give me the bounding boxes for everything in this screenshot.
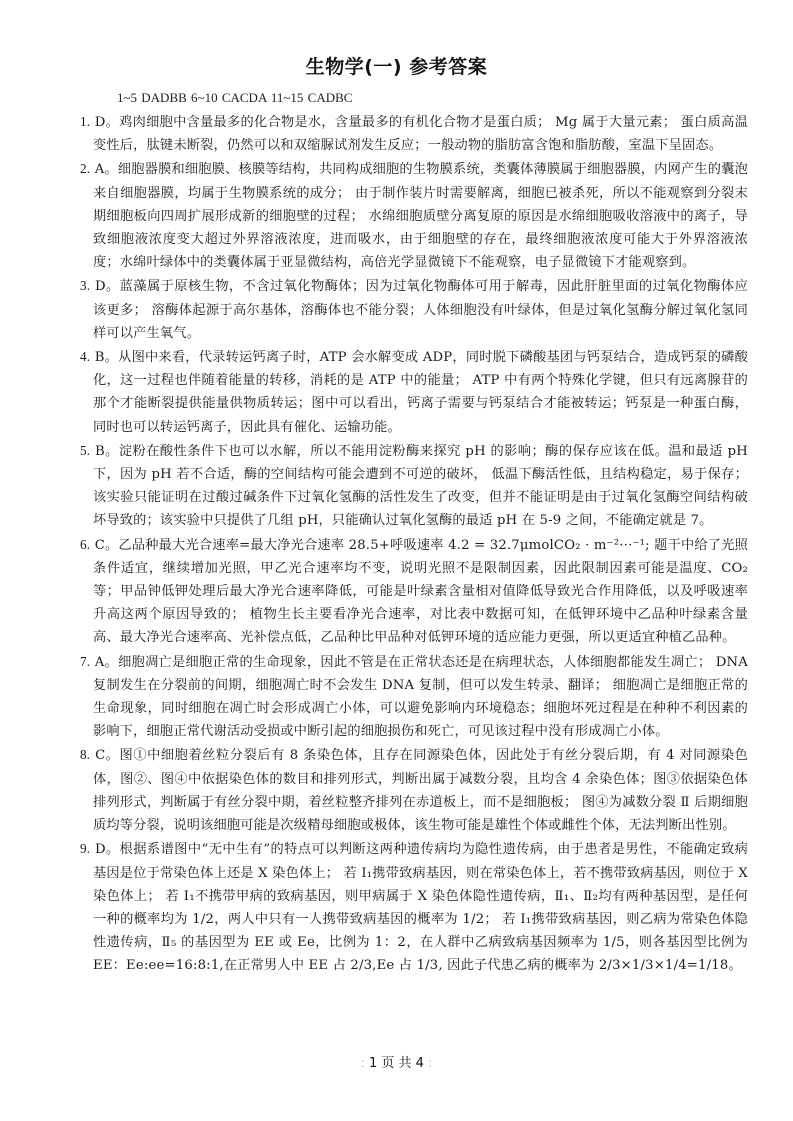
page-title: 生物学(一) 参考答案 — [0, 52, 793, 79]
answer-item-1: 1. D。鸡肉细胞中含量最多的化合物是水，含量最多的有机化合物才是蛋白质； Mg… — [80, 110, 748, 157]
item-text: C。图①中细胞着丝粒分裂后有 8 条染色体，且存在同源染色体，因此处于有丝分裂后… — [93, 748, 748, 833]
item-number: 5. — [80, 443, 90, 458]
page-number: 1 页 共 4 — [369, 1056, 424, 1071]
answer-item-8: 8. C。图①中细胞着丝粒分裂后有 8 条染色体，且存在同源染色体，因此处于有丝… — [80, 743, 748, 837]
answer-item-5: 5. B。淀粉在酸性条件下也可以水解，所以不能用淀粉酶来探究 pH 的影响；酶的… — [80, 439, 748, 533]
item-number: 2. — [80, 161, 90, 176]
answer-item-4: 4. B。从图中来看，代录转运钙离子时，ATP 会水解变成 ADP，同时脱下磷酸… — [80, 345, 748, 439]
footer-left-bracket: : — [360, 1056, 364, 1071]
answer-item-3: 3. D。蓝藻属于原核生物，不含过氧化物酶体；因为过氧化物酶体可用于解毒，因此肝… — [80, 274, 748, 345]
answer-item-6: 6. C。乙品种最大光合速率=最大净光合速率 28.5+呼吸速率 4.2 = 3… — [80, 533, 748, 650]
item-text: C。乙品种最大光合速率=最大净光合速率 28.5+呼吸速率 4.2 = 32.7… — [93, 538, 748, 646]
footer-right-bracket: : — [428, 1056, 432, 1071]
answer-item-9: 9. D。根据系谱图中“无中生有”的特点可以判断这两种遗传病均为隐性遗传病，由于… — [80, 837, 748, 977]
item-number: 3. — [80, 278, 90, 293]
answer-explanations: 1. D。鸡肉细胞中含量最多的化合物是水，含量最多的有机化合物才是蛋白质； Mg… — [80, 110, 748, 978]
item-number: 8. — [80, 747, 90, 762]
item-number: 4. — [80, 349, 90, 364]
item-number: 7. — [80, 654, 90, 669]
answer-item-7: 7. A。细胞凋亡是细胞正常的生命现象，因此不管是在正常状态还是在病理状态，人体… — [80, 650, 748, 744]
item-number: 6. — [80, 537, 90, 552]
item-text: D。蓝藻属于原核生物，不含过氧化物酶体；因为过氧化物酶体可用于解毒，因此肝脏里面… — [93, 279, 748, 340]
item-number: 1. — [80, 114, 90, 129]
answer-key-summary: 1~5 DADBB 6~10 CACDA 11~15 CADBC — [117, 90, 352, 106]
item-text: D。鸡肉细胞中含量最多的化合物是水，含量最多的有机化合物才是蛋白质； Mg 属于… — [93, 115, 748, 153]
item-text: A。细胞器膜和细胞膜、核膜等结构，共同构成细胞的生物膜系统，类囊体薄膜属于细胞器… — [93, 162, 748, 270]
page-footer: : 1 页 共 4 : — [0, 1052, 793, 1071]
item-number: 9. — [80, 841, 90, 856]
document-page: 生物学(一) 参考答案 1~5 DADBB 6~10 CACDA 11~15 C… — [0, 0, 793, 1121]
item-text: D。根据系谱图中“无中生有”的特点可以判断这两种遗传病均为隐性遗传病，由于患者是… — [93, 842, 748, 973]
item-text: B。从图中来看，代录转运钙离子时，ATP 会水解变成 ADP，同时脱下磷酸基团与… — [93, 350, 748, 435]
item-text: A。细胞凋亡是细胞正常的生命现象，因此不管是在正常状态还是在病理状态，人体细胞都… — [93, 655, 748, 740]
item-text: B。淀粉在酸性条件下也可以水解，所以不能用淀粉酶来探究 pH 的影响；酶的保存应… — [93, 444, 748, 529]
answer-item-2: 2. A。细胞器膜和细胞膜、核膜等结构，共同构成细胞的生物膜系统，类囊体薄膜属于… — [80, 157, 748, 274]
